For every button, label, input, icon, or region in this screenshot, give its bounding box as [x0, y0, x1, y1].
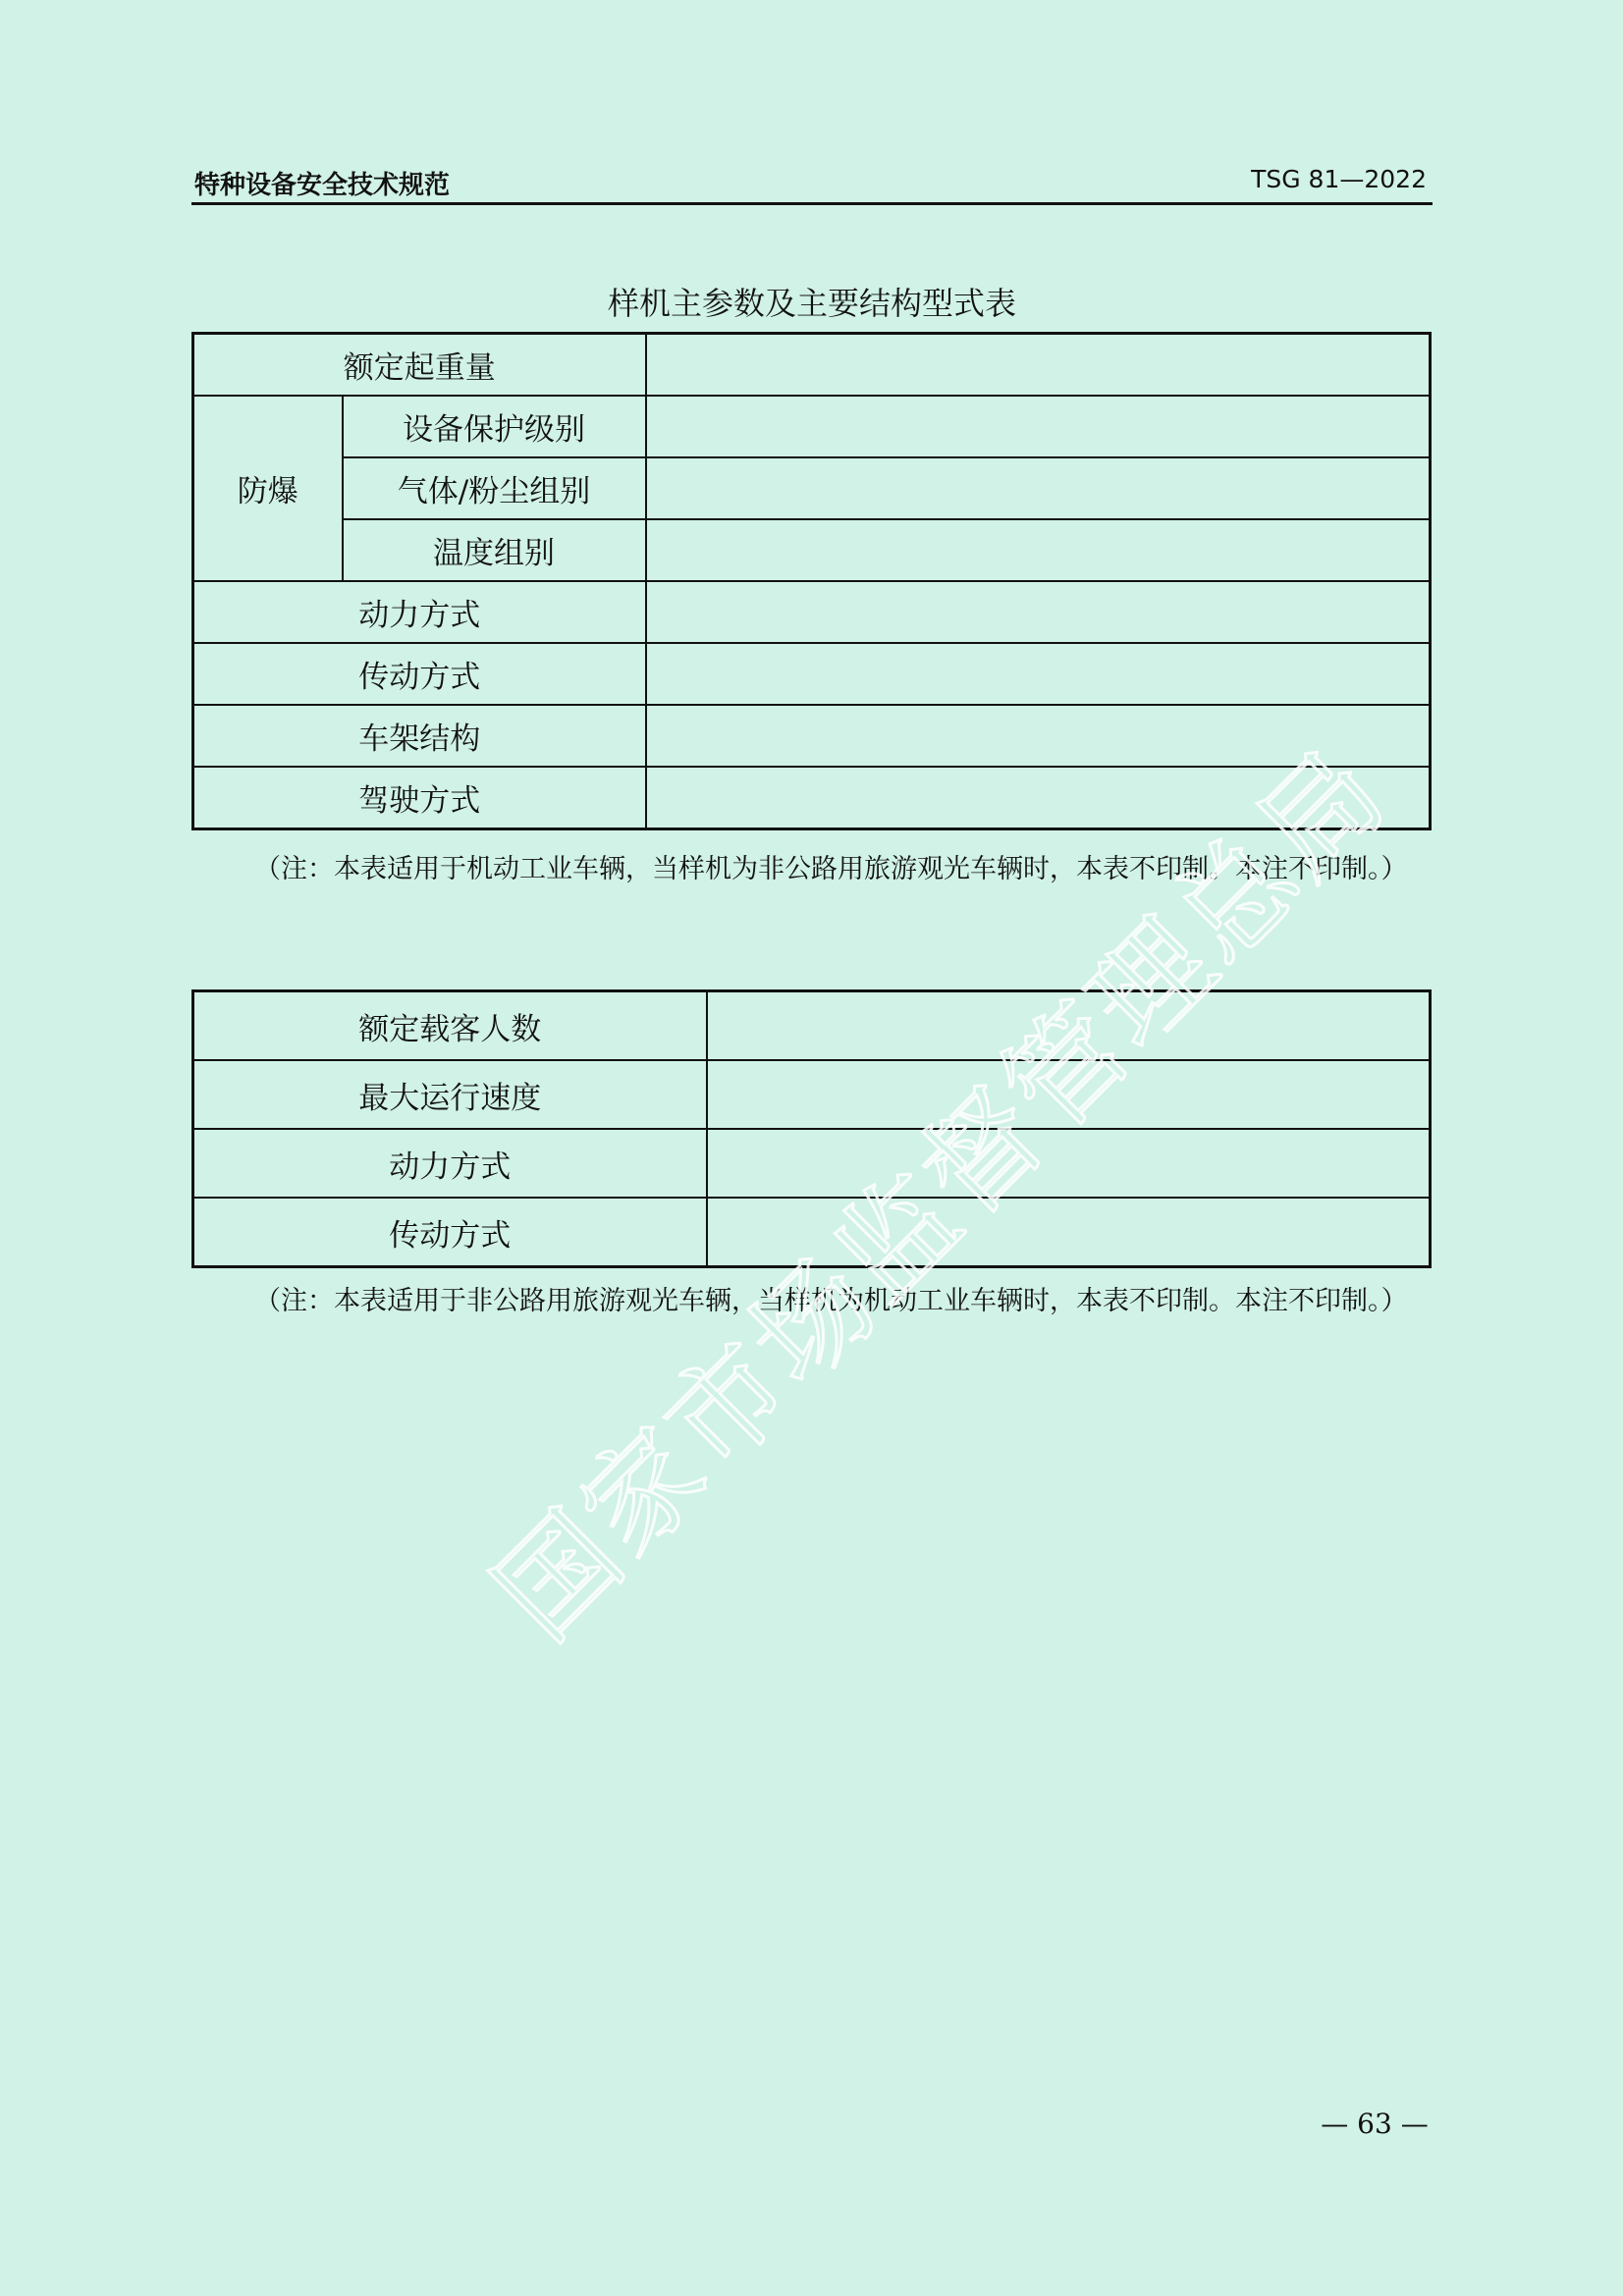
- header-spec-title: 特种设备安全技术规范: [194, 165, 450, 201]
- prototype-params-table-industrial: 额定起重量 防爆 设备保护级别 气体/粉尘组别 温度组别 动力方式 传动方式 车…: [191, 332, 1432, 830]
- value-cell[interactable]: [646, 767, 1431, 829]
- prototype-params-table-sightseeing: 额定载客人数 最大运行速度 动力方式 传动方式: [191, 989, 1432, 1268]
- row-label: 最大运行速度: [193, 1060, 707, 1129]
- table-row: 气体/粉尘组别: [193, 457, 1431, 519]
- table-row: 最大运行速度: [193, 1060, 1431, 1129]
- row-label: 额定起重量: [193, 334, 646, 397]
- table-row: 防爆 设备保护级别: [193, 396, 1431, 457]
- table-row: 车架结构: [193, 705, 1431, 767]
- value-cell[interactable]: [707, 1129, 1431, 1198]
- value-cell[interactable]: [646, 457, 1431, 519]
- table-row: 驾驶方式: [193, 767, 1431, 829]
- page-number: — 63 —: [1306, 2108, 1443, 2140]
- table-row: 温度组别: [193, 519, 1431, 581]
- value-cell[interactable]: [707, 991, 1431, 1061]
- row-group-label: 防爆: [193, 396, 343, 581]
- table-row: 动力方式: [193, 1129, 1431, 1198]
- row-label: 设备保护级别: [343, 396, 646, 457]
- table-row: 动力方式: [193, 581, 1431, 643]
- row-label: 传动方式: [193, 643, 646, 705]
- value-cell[interactable]: [646, 581, 1431, 643]
- header-standard-code: TSG 81—2022: [1251, 165, 1427, 193]
- value-cell[interactable]: [646, 519, 1431, 581]
- value-cell[interactable]: [707, 1060, 1431, 1129]
- table-row: 额定载客人数: [193, 991, 1431, 1061]
- row-label: 气体/粉尘组别: [343, 457, 646, 519]
- table-title: 样机主参数及主要结构型式表: [191, 279, 1433, 324]
- row-label: 温度组别: [343, 519, 646, 581]
- value-cell[interactable]: [646, 643, 1431, 705]
- value-cell[interactable]: [646, 705, 1431, 767]
- row-label: 车架结构: [193, 705, 646, 767]
- table-row: 额定起重量: [193, 334, 1431, 397]
- row-label: 动力方式: [193, 1129, 707, 1198]
- row-label: 驾驶方式: [193, 767, 646, 829]
- page-header: 特种设备安全技术规范 TSG 81—2022: [191, 161, 1433, 205]
- row-label: 动力方式: [193, 581, 646, 643]
- row-label: 传动方式: [193, 1198, 707, 1267]
- table-row: 传动方式: [193, 643, 1431, 705]
- value-cell[interactable]: [646, 396, 1431, 457]
- value-cell[interactable]: [646, 334, 1431, 397]
- table-row: 传动方式: [193, 1198, 1431, 1267]
- value-cell[interactable]: [707, 1198, 1431, 1267]
- row-label: 额定载客人数: [193, 991, 707, 1061]
- table2-note: （注：本表适用于非公路用旅游观光车辆，当样机为机动工业车辆时，本表不印制。本注不…: [193, 1278, 1433, 1324]
- table1-note: （注：本表适用于机动工业车辆，当样机为非公路用旅游观光车辆时，本表不印制。本注不…: [193, 846, 1433, 892]
